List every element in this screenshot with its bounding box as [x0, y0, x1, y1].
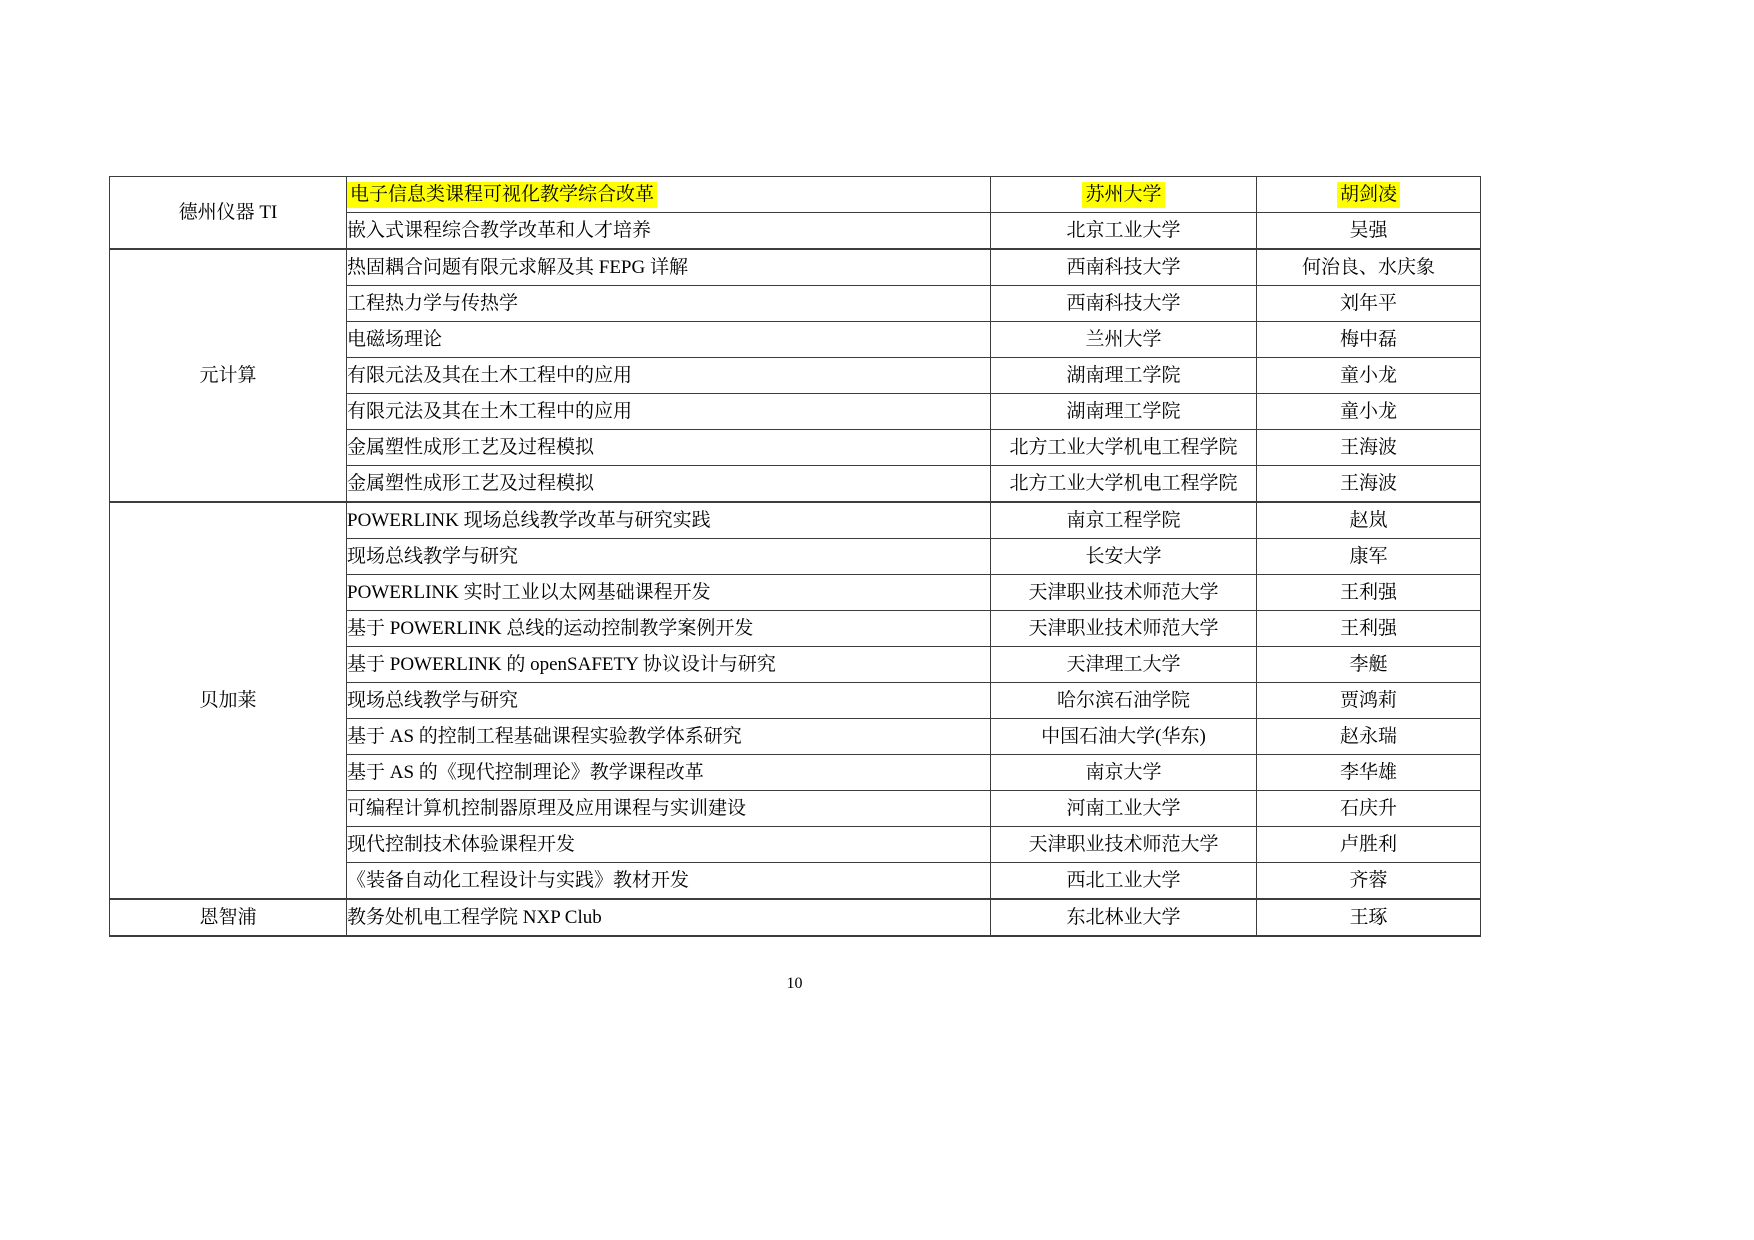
author-cell-text: 齐蓉 [1349, 870, 1387, 891]
author-cell: 赵岚 [1257, 502, 1481, 539]
author-cell-text: 王海波 [1340, 473, 1397, 494]
university-cell-text: 天津理工大学 [1066, 654, 1180, 675]
university-cell-text: 苏州大学 [1082, 182, 1164, 208]
author-cell-text: 王海波 [1340, 437, 1397, 458]
table-row: 元计算热固耦合问题有限元求解及其 FEPG 详解西南科技大学何治良、水庆象 [110, 249, 1481, 286]
author-cell-text: 贾鸿莉 [1340, 690, 1397, 711]
project-title-cell: 工程热力学与传热学 [347, 286, 991, 322]
university-cell-text: 西南科技大学 [1066, 293, 1180, 314]
grants-table: 德州仪器 TI电子信息类课程可视化教学综合改革苏州大学胡剑凌嵌入式课程综合教学改… [109, 176, 1481, 937]
author-cell: 王利强 [1257, 575, 1481, 611]
author-cell: 王利强 [1257, 611, 1481, 647]
project-title-cell: 现场总线教学与研究 [347, 683, 991, 719]
university-cell: 湖南理工学院 [991, 394, 1257, 430]
project-title-cell-text: 有限元法及其在土木工程中的应用 [347, 365, 632, 386]
table-row: 德州仪器 TI电子信息类课程可视化教学综合改革苏州大学胡剑凌 [110, 177, 1481, 213]
university-cell: 北方工业大学机电工程学院 [991, 430, 1257, 466]
table-row: 贝加莱POWERLINK 现场总线教学改革与研究实践南京工程学院赵岚 [110, 502, 1481, 539]
company-cell-text: 元计算 [199, 365, 256, 386]
author-cell-text: 赵岚 [1349, 510, 1387, 531]
project-title-cell: 有限元法及其在土木工程中的应用 [347, 358, 991, 394]
project-title-cell: POWERLINK 现场总线教学改革与研究实践 [347, 502, 991, 539]
project-title-cell: 电磁场理论 [347, 322, 991, 358]
project-title-cell-text: 金属塑性成形工艺及过程模拟 [347, 473, 594, 494]
page-number: 10 [109, 975, 1480, 993]
project-title-cell: POWERLINK 实时工业以太网基础课程开发 [347, 575, 991, 611]
university-cell-text: 天津职业技术师范大学 [1028, 582, 1218, 603]
university-cell: 湖南理工学院 [991, 358, 1257, 394]
document-page: 德州仪器 TI电子信息类课程可视化教学综合改革苏州大学胡剑凌嵌入式课程综合教学改… [0, 0, 1754, 1240]
university-cell-text: 天津职业技术师范大学 [1028, 834, 1218, 855]
author-cell: 王琢 [1257, 899, 1481, 936]
university-cell: 南京工程学院 [991, 502, 1257, 539]
project-title-cell-text: 电子信息类课程可视化教学综合改革 [347, 182, 657, 208]
project-title-cell-text: 现场总线教学与研究 [347, 690, 518, 711]
university-cell-text: 湖南理工学院 [1066, 401, 1180, 422]
author-cell-text: 吴强 [1349, 220, 1387, 241]
author-cell: 齐蓉 [1257, 863, 1481, 900]
author-cell-text: 卢胜利 [1340, 834, 1397, 855]
project-title-cell-text: 工程热力学与传热学 [347, 293, 518, 314]
author-cell-text: 梅中磊 [1340, 329, 1397, 350]
project-title-cell-text: 现代控制技术体验课程开发 [347, 834, 575, 855]
university-cell: 天津理工大学 [991, 647, 1257, 683]
author-cell: 卢胜利 [1257, 827, 1481, 863]
university-cell: 苏州大学 [991, 177, 1257, 213]
author-cell-text: 胡剑凌 [1337, 182, 1400, 208]
university-cell-text: 天津职业技术师范大学 [1028, 618, 1218, 639]
university-cell-text: 河南工业大学 [1066, 798, 1180, 819]
project-title-cell-text: 嵌入式课程综合教学改革和人才培养 [347, 220, 651, 241]
author-cell-text: 石庆升 [1340, 798, 1397, 819]
project-title-cell: 《装备自动化工程设计与实践》教材开发 [347, 863, 991, 900]
author-cell-text: 王琢 [1349, 907, 1387, 928]
table-row: 恩智浦教务处机电工程学院 NXP Club东北林业大学王琢 [110, 899, 1481, 936]
university-cell: 中国石油大学(华东) [991, 719, 1257, 755]
project-title-cell-text: 可编程计算机控制器原理及应用课程与实训建设 [347, 798, 746, 819]
university-cell: 西南科技大学 [991, 286, 1257, 322]
university-cell-text: 兰州大学 [1085, 329, 1161, 350]
project-title-cell: 金属塑性成形工艺及过程模拟 [347, 466, 991, 503]
table-body: 德州仪器 TI电子信息类课程可视化教学综合改革苏州大学胡剑凌嵌入式课程综合教学改… [110, 177, 1481, 937]
company-cell-text: 贝加莱 [199, 690, 256, 711]
project-title-cell-text: POWERLINK 现场总线教学改革与研究实践 [347, 510, 711, 531]
author-cell-text: 赵永瑞 [1340, 726, 1397, 747]
university-cell-text: 西南科技大学 [1066, 257, 1180, 278]
university-cell-text: 南京大学 [1085, 762, 1161, 783]
author-cell-text: 何治良、水庆象 [1302, 257, 1435, 278]
author-cell-text: 李华雄 [1340, 762, 1397, 783]
project-title-cell: 教务处机电工程学院 NXP Club [347, 899, 991, 936]
project-title-cell-text: 《装备自动化工程设计与实践》教材开发 [347, 870, 689, 891]
author-cell: 梅中磊 [1257, 322, 1481, 358]
project-title-cell: 基于 AS 的控制工程基础课程实验教学体系研究 [347, 719, 991, 755]
university-cell: 天津职业技术师范大学 [991, 575, 1257, 611]
author-cell: 吴强 [1257, 213, 1481, 250]
author-cell: 康军 [1257, 539, 1481, 575]
university-cell-text: 西北工业大学 [1066, 870, 1180, 891]
company-cell: 德州仪器 TI [110, 177, 347, 250]
university-cell-text: 东北林业大学 [1066, 907, 1180, 928]
author-cell: 刘年平 [1257, 286, 1481, 322]
university-cell-text: 湖南理工学院 [1066, 365, 1180, 386]
project-title-cell: 电子信息类课程可视化教学综合改革 [347, 177, 991, 213]
university-cell: 河南工业大学 [991, 791, 1257, 827]
company-cell-text: 恩智浦 [199, 907, 256, 928]
university-cell: 西北工业大学 [991, 863, 1257, 900]
university-cell-text: 北京工业大学 [1066, 220, 1180, 241]
university-cell: 天津职业技术师范大学 [991, 827, 1257, 863]
company-cell-text: 德州仪器 TI [179, 202, 278, 223]
university-cell: 北方工业大学机电工程学院 [991, 466, 1257, 503]
project-title-cell-text: 金属塑性成形工艺及过程模拟 [347, 437, 594, 458]
university-cell-text: 长安大学 [1085, 546, 1161, 567]
university-cell: 天津职业技术师范大学 [991, 611, 1257, 647]
company-cell: 恩智浦 [110, 899, 347, 936]
project-title-cell-text: 基于 POWERLINK 的 openSAFETY 协议设计与研究 [347, 654, 776, 675]
project-title-cell: 嵌入式课程综合教学改革和人才培养 [347, 213, 991, 250]
project-title-cell-text: 基于 AS 的《现代控制理论》教学课程改革 [347, 762, 704, 783]
author-cell-text: 康军 [1349, 546, 1387, 567]
university-cell-text: 北方工业大学机电工程学院 [1009, 473, 1237, 494]
project-title-cell: 基于 POWERLINK 的 openSAFETY 协议设计与研究 [347, 647, 991, 683]
project-title-cell-text: 电磁场理论 [347, 329, 442, 350]
author-cell: 胡剑凌 [1257, 177, 1481, 213]
university-cell: 东北林业大学 [991, 899, 1257, 936]
university-cell-text: 哈尔滨石油学院 [1057, 690, 1190, 711]
university-cell: 南京大学 [991, 755, 1257, 791]
author-cell-text: 童小龙 [1340, 365, 1397, 386]
project-title-cell: 基于 AS 的《现代控制理论》教学课程改革 [347, 755, 991, 791]
author-cell: 童小龙 [1257, 358, 1481, 394]
author-cell: 赵永瑞 [1257, 719, 1481, 755]
project-title-cell: 可编程计算机控制器原理及应用课程与实训建设 [347, 791, 991, 827]
project-title-cell-text: 教务处机电工程学院 NXP Club [347, 907, 602, 928]
author-cell: 王海波 [1257, 430, 1481, 466]
university-cell: 北京工业大学 [991, 213, 1257, 250]
author-cell: 李华雄 [1257, 755, 1481, 791]
university-cell-text: 北方工业大学机电工程学院 [1009, 437, 1237, 458]
company-cell: 元计算 [110, 249, 347, 502]
author-cell: 童小龙 [1257, 394, 1481, 430]
project-title-cell: 有限元法及其在土木工程中的应用 [347, 394, 991, 430]
author-cell-text: 童小龙 [1340, 401, 1397, 422]
author-cell-text: 刘年平 [1340, 293, 1397, 314]
project-title-cell-text: 现场总线教学与研究 [347, 546, 518, 567]
university-cell-text: 中国石油大学(华东) [1041, 726, 1206, 747]
project-title-cell: 金属塑性成形工艺及过程模拟 [347, 430, 991, 466]
project-title-cell: 现场总线教学与研究 [347, 539, 991, 575]
author-cell: 何治良、水庆象 [1257, 249, 1481, 286]
university-cell: 兰州大学 [991, 322, 1257, 358]
author-cell-text: 李艇 [1349, 654, 1387, 675]
author-cell: 贾鸿莉 [1257, 683, 1481, 719]
author-cell-text: 王利强 [1340, 618, 1397, 639]
project-title-cell-text: 基于 POWERLINK 总线的运动控制教学案例开发 [347, 618, 753, 639]
author-cell: 王海波 [1257, 466, 1481, 503]
project-title-cell: 现代控制技术体验课程开发 [347, 827, 991, 863]
author-cell: 李艇 [1257, 647, 1481, 683]
university-cell: 长安大学 [991, 539, 1257, 575]
project-title-cell-text: 有限元法及其在土木工程中的应用 [347, 401, 632, 422]
project-title-cell-text: POWERLINK 实时工业以太网基础课程开发 [347, 582, 711, 603]
university-cell: 西南科技大学 [991, 249, 1257, 286]
project-title-cell-text: 基于 AS 的控制工程基础课程实验教学体系研究 [347, 726, 742, 747]
author-cell-text: 王利强 [1340, 582, 1397, 603]
project-title-cell-text: 热固耦合问题有限元求解及其 FEPG 详解 [347, 257, 688, 278]
university-cell-text: 南京工程学院 [1066, 510, 1180, 531]
university-cell: 哈尔滨石油学院 [991, 683, 1257, 719]
project-title-cell: 热固耦合问题有限元求解及其 FEPG 详解 [347, 249, 991, 286]
company-cell: 贝加莱 [110, 502, 347, 899]
author-cell: 石庆升 [1257, 791, 1481, 827]
project-title-cell: 基于 POWERLINK 总线的运动控制教学案例开发 [347, 611, 991, 647]
